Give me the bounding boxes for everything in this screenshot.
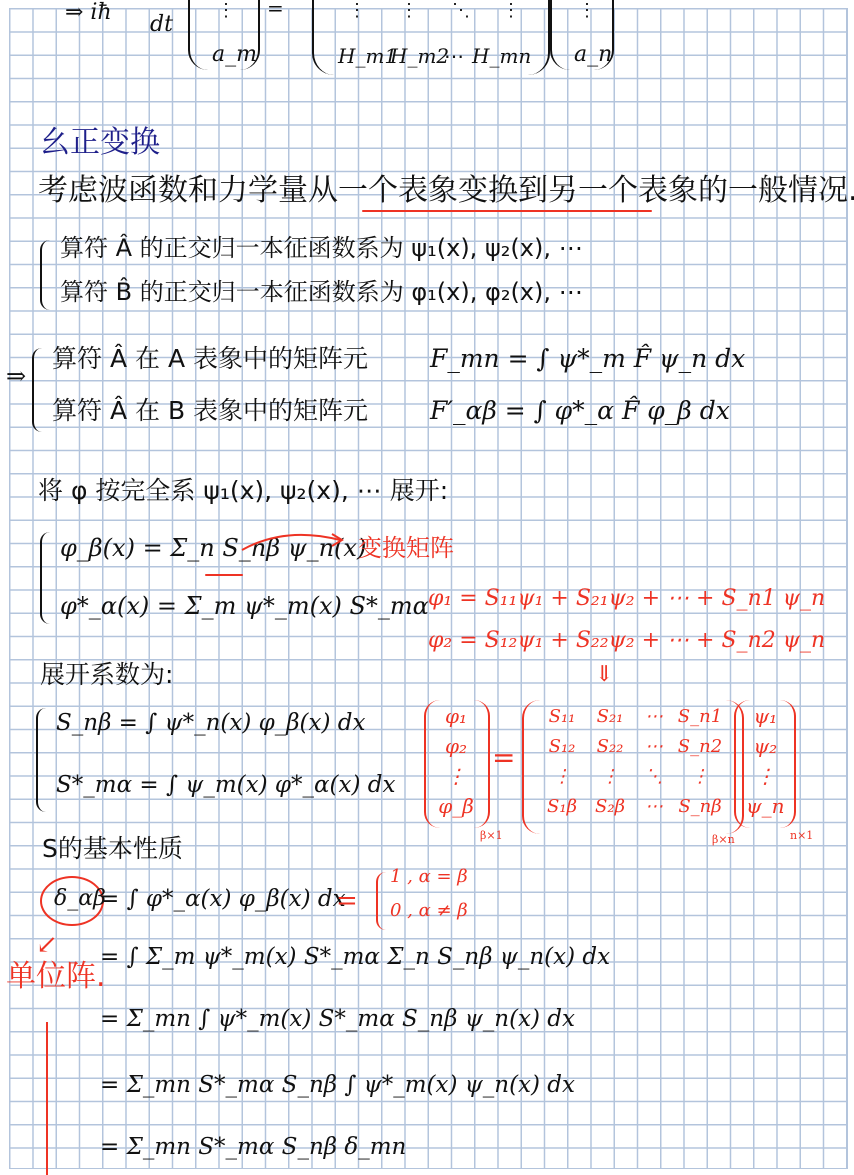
S-cell: S₂β: [586, 796, 634, 826]
intro-underlined: 一个表象变换到另一个表象: [338, 173, 698, 208]
left-vector-dots: ⋮: [217, 2, 235, 20]
cases-equals: =: [336, 888, 358, 914]
right-vector-size: n×1: [790, 830, 813, 841]
case-not-equal: 0 , α ≠ β: [390, 902, 468, 920]
H-dots-2: ⋮: [400, 2, 418, 20]
S-cell: S_n1: [674, 706, 726, 736]
brace-matrix-elements: [32, 348, 44, 432]
H-dots-1: ⋮: [348, 2, 366, 20]
H-matrix-left-paren: [312, 0, 336, 75]
right-paren: [238, 0, 260, 70]
derivation-step-4: = Σ_mn S*_mα S_nβ δ_mn: [100, 1136, 406, 1159]
S-cell: S₁β: [538, 796, 586, 826]
vec-dots: ⋮: [746, 764, 785, 794]
eigen-system-B: 算符 B̂ 的正交归一本征函数系为 φ₁(x), φ₂(x), ⋯: [60, 280, 583, 304]
H-m2: H_m2: [390, 46, 449, 66]
intro-sentence: 考虑波函数和力学量从一个表象变换到另一个表象的一般情况.: [38, 176, 854, 206]
properties-title: S的基本性质: [42, 836, 183, 861]
left-paren: [188, 0, 210, 70]
intro-part-1: 考虑波函数和力学量从: [38, 173, 338, 208]
S-cell: S₂₁: [586, 706, 634, 736]
S-cell: ⋮: [586, 766, 634, 796]
a-vector-left-paren: [550, 0, 572, 70]
S-cell: S₂₂: [586, 736, 634, 766]
S-cell: ⋯: [634, 796, 674, 826]
S-cell: S₁₁: [538, 706, 586, 736]
H-mn: H_mn: [472, 46, 531, 66]
expansion-intro: 将 φ 按完全系 ψ₁(x), ψ₂(x), ⋯ 展开:: [38, 478, 448, 503]
section-title: 幺正变换: [40, 128, 160, 158]
vec-dots: ⋮: [438, 764, 474, 794]
transform-matrix-label: 变换矩阵: [358, 536, 454, 560]
red-S-matrix: S₁₁ S₂₁ ⋯ S_n1 S₁₂ S₂₂ ⋯ S_n2 ⋮ ⋮ ⋱ ⋮ S₁…: [538, 706, 726, 826]
matrix-element-A-text: 算符 Â 在 A 表象中的矩阵元: [52, 346, 368, 371]
S-matrix-size: β×n: [712, 834, 735, 845]
implies-arrow: ⇒: [6, 364, 26, 388]
derivation-step-3: = Σ_mn S*_mα S_nβ ∫ ψ*_m(x) ψ_n(x) dx: [100, 1074, 575, 1097]
red-equals: =: [492, 744, 515, 772]
cases-brace: [376, 872, 386, 930]
a-vector-right-paren: [592, 0, 614, 70]
red-down-double-arrow: ⇓: [595, 664, 613, 686]
equals-sign: =: [267, 0, 284, 18]
delta-alpha-beta: δ_αβ: [54, 888, 106, 910]
red-right-vector: ψ₁ ψ₂ ⋮ ψ_n: [746, 704, 780, 824]
prefix-ih: ⇒ iħ: [65, 2, 112, 24]
red-underline-Snb: [205, 574, 243, 576]
S-cell: ⋱: [634, 766, 674, 796]
S-cell: ⋮: [674, 766, 726, 796]
H-ellipsis: ⋯: [444, 46, 464, 66]
coefficient-Snb: S_nβ = ∫ ψ*_n(x) φ_β(x) dx: [56, 712, 365, 735]
vec-phibeta: φ_β: [438, 794, 474, 824]
S-cell: ⋮: [538, 766, 586, 796]
S-cell: ⋯: [634, 736, 674, 766]
matrix-element-B-formula: F′_αβ = ∫ φ*_α F̂ φ_β dx: [430, 398, 730, 423]
case-equal: 1 , α = β: [390, 868, 468, 886]
vec-phi2: φ₂: [438, 734, 474, 764]
H-m1: H_m1: [338, 46, 397, 66]
red-expansion-phi1: φ₁ = S₁₁ψ₁ + S₂₁ψ₂ + ⋯ + S_n1 ψ_n: [428, 588, 825, 610]
red-vertical-line: [46, 1022, 48, 1175]
red-underline: [362, 210, 652, 212]
vec-psin: ψ_n: [746, 794, 785, 824]
matrix-element-B-text: 算符 Â 在 B 表象中的矩阵元: [52, 398, 368, 423]
red-expansion-phi2: φ₂ = S₁₂ψ₁ + S₂₂ψ₂ + ⋯ + S_n2 ψ_n: [428, 630, 825, 652]
H-dots-4: ⋮: [502, 2, 520, 20]
brace-expansion: [40, 532, 52, 624]
S-cell: S₁₂: [538, 736, 586, 766]
vec-psi2: ψ₂: [746, 734, 785, 764]
annotation-arrow-icon: ↙: [36, 932, 58, 958]
left-vector-size: β×1: [480, 830, 503, 841]
S-cell: ⋯: [634, 706, 674, 736]
brace-eigen: [40, 240, 52, 310]
intro-part-3: 的一般情况.: [698, 173, 854, 208]
H-matrix-right-paren: [526, 0, 550, 75]
red-left-vector: φ₁ φ₂ ⋮ φ_β: [438, 704, 474, 824]
ddt-label: dt: [150, 14, 173, 36]
red-left-vector-rparen: [474, 700, 490, 828]
vec-phi1: φ₁: [438, 704, 474, 734]
matrix-element-A-formula: F_mn = ∫ ψ*_m F̂ ψ_n dx: [430, 346, 745, 371]
vec-psi1: ψ₁: [746, 704, 785, 734]
coefficient-S-star: S*_mα = ∫ ψ_m(x) φ*_α(x) dx: [56, 774, 395, 797]
expansion-phi-star-alpha: φ*_α(x) = Σ_m ψ*_m(x) S*_mα: [60, 594, 429, 618]
coefficients-title: 展开系数为:: [40, 662, 173, 687]
brace-coefficients: [36, 708, 48, 812]
identity-matrix-note: 单位阵.: [6, 962, 106, 992]
curved-arrow-icon: [240, 524, 350, 554]
delta-integral: = ∫ φ*_α(x) φ_β(x) dx: [100, 888, 346, 911]
red-right-vector-rparen: [780, 700, 796, 828]
derivation-step-1: = ∫ Σ_m ψ*_m(x) S*_mα Σ_n S_nβ ψ_n(x) dx: [100, 946, 610, 969]
S-cell: S_nβ: [674, 796, 726, 826]
H-dots-3: ⋱: [452, 2, 470, 20]
S-cell: S_n2: [674, 736, 726, 766]
eigen-system-A: 算符 Â 的正交归一本征函数系为 ψ₁(x), ψ₂(x), ⋯: [60, 236, 583, 260]
derivation-step-2: = Σ_mn ∫ ψ*_m(x) S*_mα S_nβ ψ_n(x) dx: [100, 1008, 575, 1031]
